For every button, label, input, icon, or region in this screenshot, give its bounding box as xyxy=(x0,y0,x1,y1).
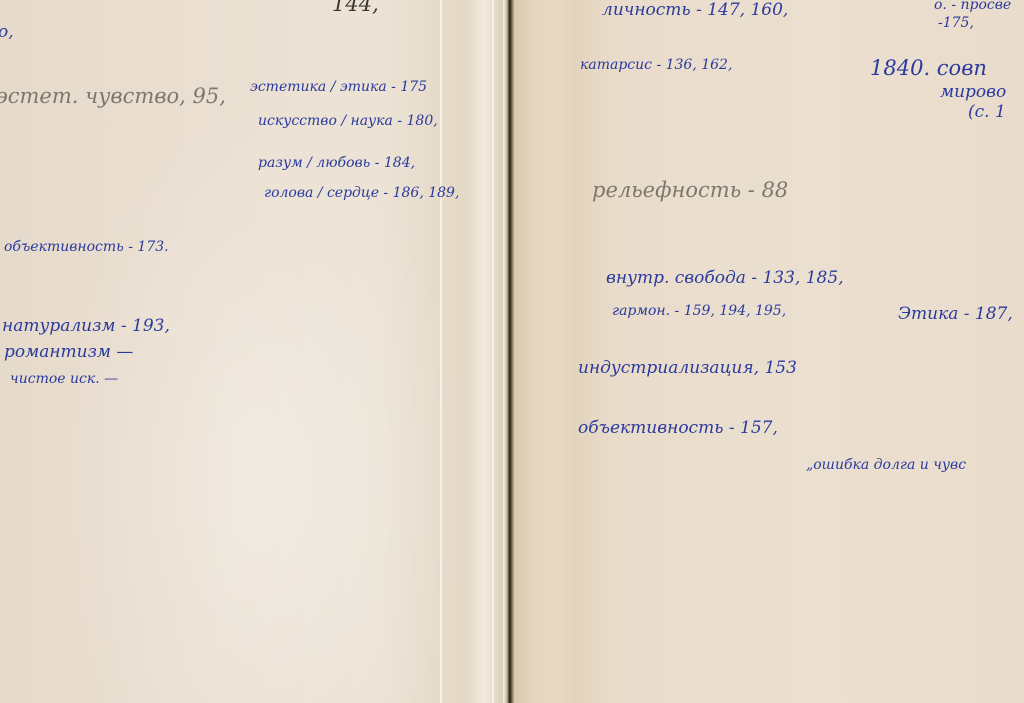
top-right-fragment: -175, xyxy=(938,16,974,30)
top-right-fragment: о. - просве xyxy=(934,0,1011,12)
pencil-note-relief: рельефность - 88 xyxy=(592,180,788,201)
objectivity-note: объективность - 173. xyxy=(4,240,169,254)
book-spread: о, 144, эстет. чувство, 95, эстетика / э… xyxy=(0,0,1024,703)
top-center-fragment: 144, xyxy=(332,0,379,15)
ethics-note: Этика - 187, xyxy=(898,306,1013,323)
top-left-fragment: о, xyxy=(0,24,14,41)
isms-list-item: натурализм - 193, xyxy=(2,318,170,335)
harmony-note: гармон. - 159, 194, 195, xyxy=(612,304,786,318)
pair-list-item: голова / сердце - 186, 189, xyxy=(264,186,459,200)
objectivity-note-right: объективность - 157, xyxy=(578,420,778,437)
catharsis-note: катарсис - 136, 162, xyxy=(580,58,732,72)
isms-list-item: романтизм — xyxy=(4,344,133,361)
personality-note: личность - 147, 160, xyxy=(602,2,788,19)
pair-list-item: искусство / наука - 180, xyxy=(258,114,438,128)
paper-crease xyxy=(492,0,494,703)
inner-freedom-note: внутр. свобода - 133, 185, xyxy=(606,270,844,287)
pair-list-item: эстетика / этика - 175 xyxy=(250,80,427,94)
year-note: (с. 1 xyxy=(968,104,1006,121)
pencil-note-aesthetic-feeling: эстет. чувство, 95, xyxy=(0,86,226,107)
industrialization-note: индустриализация, 153 xyxy=(578,360,797,377)
isms-list-item: чистое иск. — xyxy=(10,372,118,386)
paper-crease xyxy=(440,0,442,703)
year-note: 1840. совп xyxy=(870,58,987,79)
quote-fragment: „ошибка долга и чувс xyxy=(806,458,966,472)
left-endpaper: о, 144, эстет. чувство, 95, эстетика / э… xyxy=(0,0,505,703)
right-endpaper: личность - 147, 160, о. - просве -175, к… xyxy=(514,0,1024,703)
year-note: мирово xyxy=(940,84,1006,101)
pair-list-item: разум / любовь - 184, xyxy=(258,156,415,170)
